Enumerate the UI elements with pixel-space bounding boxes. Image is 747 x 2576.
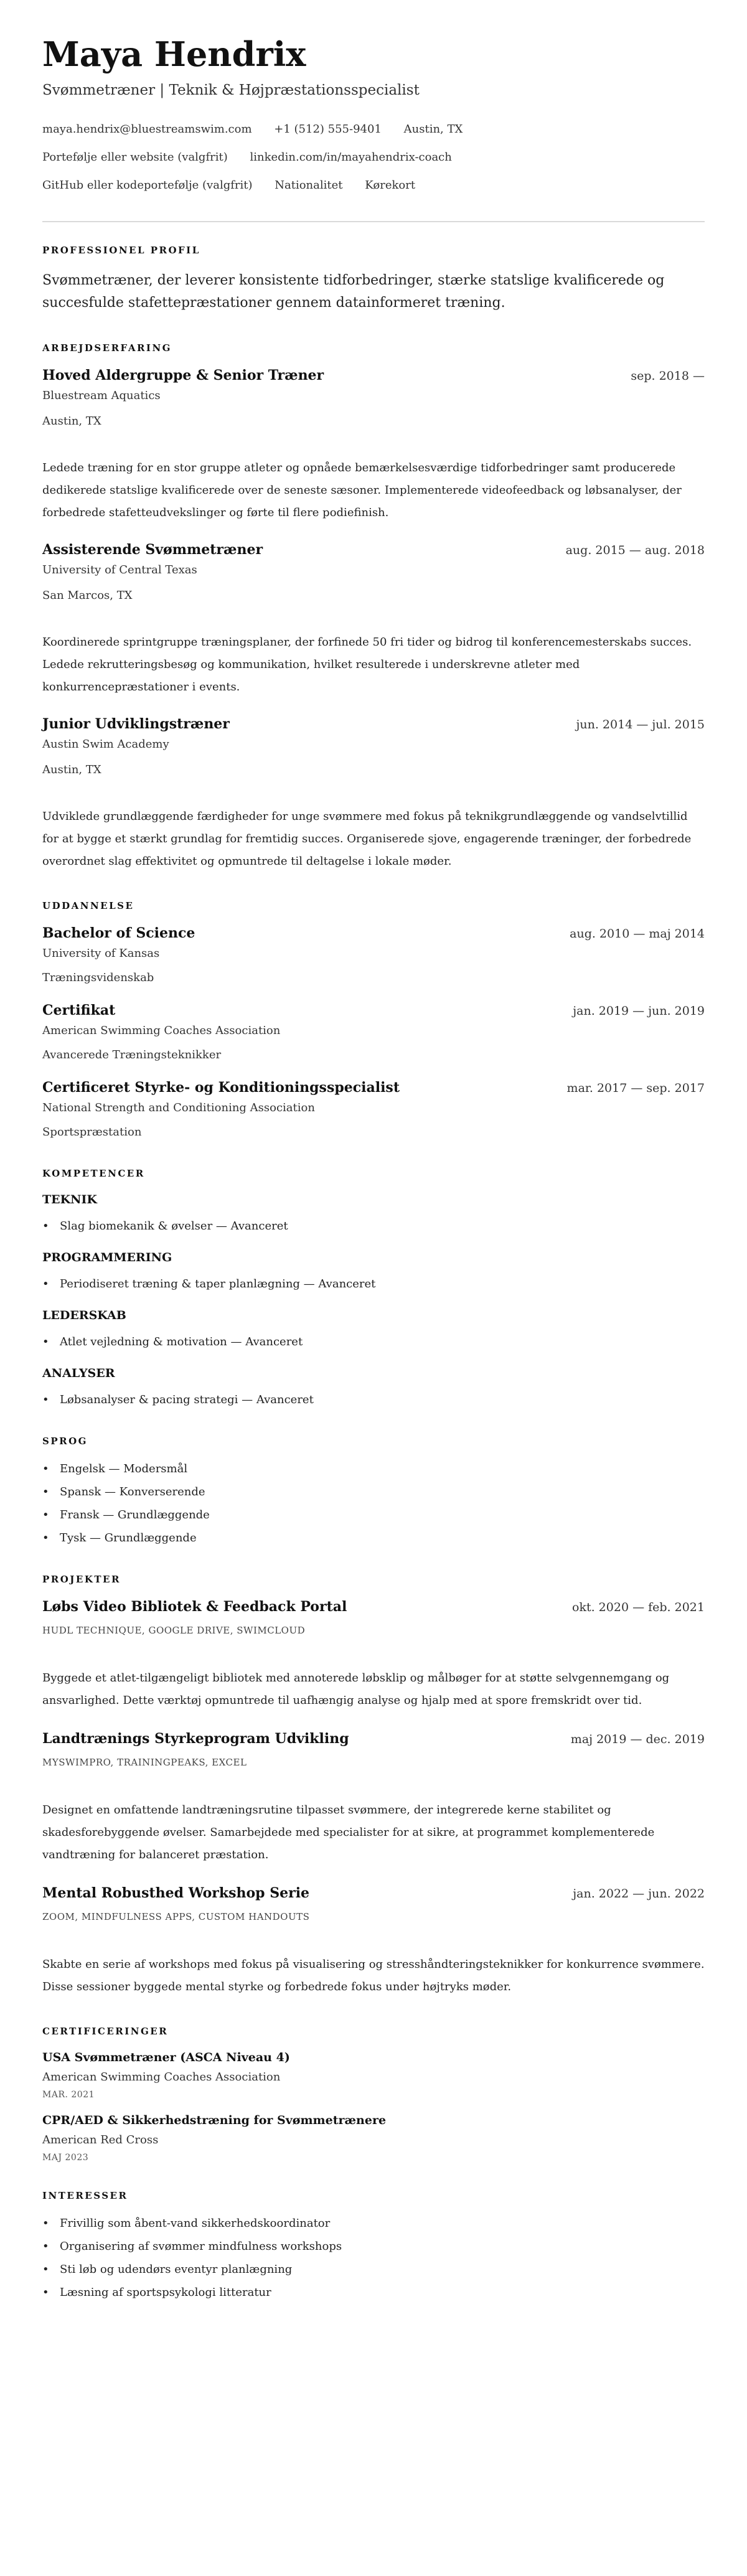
education-entry: Bachelor of Scienceaug. 2010 — maj 2014U… [42, 925, 705, 986]
experience-entry: Assisterende Svømmetræneraug. 2015 — aug… [42, 542, 705, 698]
job-location: Austin, TX [42, 413, 705, 430]
certifications-section: Certificeringer USA Svømmetræner (ASCA N… [42, 2026, 705, 2163]
experience-entry: Junior Udviklingstrænerjun. 2014 — jul. … [42, 716, 705, 873]
entry-header: Certifikatjan. 2019 — jun. 2019 [42, 1002, 705, 1018]
project-entry: Landtrænings Styrkeprogram Udviklingmaj … [42, 1731, 705, 1866]
skill-item: Slag biomekanik & øvelser — Avanceret [42, 1218, 705, 1234]
skill-group: ANALYSERLøbsanalyser & pacing strategi —… [42, 1366, 705, 1408]
experience-section: Arbejdserfaring Hoved Aldergruppe & Seni… [42, 342, 705, 873]
skill-item: Periodiseret træning & taper planlægning… [42, 1276, 705, 1292]
project-dates: jan. 2022 — jun. 2022 [573, 1887, 705, 1901]
skill-category: ANALYSER [42, 1366, 705, 1380]
section-title: Arbejdserfaring [42, 342, 705, 354]
resume-header: Maya Hendrix Svømmetræner | Teknik & Høj… [42, 35, 705, 194]
job-description: Koordinerede sprintgruppe træningsplaner… [42, 631, 705, 698]
entry-header: Mental Robusthed Workshop Seriejan. 2022… [42, 1885, 705, 1901]
entry-header: Hoved Aldergruppe & Senior Trænersep. 20… [42, 367, 705, 383]
project-tech-stack: Zoom, Mindfulness Apps, Custom Handouts [42, 1911, 705, 1922]
experience-entry: Hoved Aldergruppe & Senior Trænersep. 20… [42, 367, 705, 524]
section-title: Sprog [42, 1436, 705, 1447]
contact-drivers-license: Kørekort [365, 179, 415, 192]
contact-phone[interactable]: +1 (512) 555-9401 [274, 123, 382, 136]
section-title: Uddannelse [42, 900, 705, 911]
skill-category: PROGRAMMERING [42, 1251, 705, 1264]
institution: University of Kansas [42, 945, 705, 962]
entry-header: Bachelor of Scienceaug. 2010 — maj 2014 [42, 925, 705, 941]
job-description: Ledede træning for en stor gruppe atlete… [42, 457, 705, 524]
education-section: Uddannelse Bachelor of Scienceaug. 2010 … [42, 900, 705, 1140]
skill-group: LEDERSKABAtlet vejledning & motivation —… [42, 1309, 705, 1350]
header-divider [42, 221, 705, 222]
section-title: Kompetencer [42, 1168, 705, 1179]
job-title: Junior Udviklingstræner [42, 716, 230, 732]
employer: Austin Swim Academy [42, 736, 705, 753]
project-tech-stack: MySwimPro, TrainingPeaks, Excel [42, 1757, 705, 1768]
projects-section: Projekter Løbs Video Bibliotek & Feedbac… [42, 1574, 705, 1998]
project-entry: Løbs Video Bibliotek & Feedback Portalok… [42, 1599, 705, 1712]
interests-section: Interesser Frivillig som åbent-vand sikk… [42, 2190, 705, 2301]
section-title: Professionel profil [42, 245, 705, 256]
entry-header: Junior Udviklingstrænerjun. 2014 — jul. … [42, 716, 705, 732]
contact-location: Austin, TX [404, 123, 463, 136]
language-item: Spansk — Konverserende [42, 1483, 705, 1500]
job-description: Udviklede grundlæggende færdigheder for … [42, 806, 705, 873]
skill-item: Løbsanalyser & pacing strategi — Avancer… [42, 1391, 705, 1408]
education-dates: jan. 2019 — jun. 2019 [573, 1004, 705, 1018]
contact-nationality: Nationalitet [275, 179, 342, 192]
language-item: Engelsk — Modersmål [42, 1460, 705, 1477]
interest-item: Sti løb og udendørs eventyr planlægning [42, 2261, 705, 2278]
contact-github[interactable]: GitHub eller kodeportefølje (valgfrit) [42, 179, 253, 192]
language-item: Fransk — Grundlæggende [42, 1507, 705, 1523]
certification-title: USA Svømmetræner (ASCA Niveau 4) [42, 2051, 705, 2064]
certification-date: Maj 2023 [42, 2153, 705, 2163]
skill-items: Slag biomekanik & øvelser — Avanceret [42, 1218, 705, 1234]
skill-items: Løbsanalyser & pacing strategi — Avancer… [42, 1391, 705, 1408]
contact-portfolio[interactable]: Portefølje eller website (valgfrit) [42, 151, 228, 164]
education-entry: Certificeret Styrke- og Konditioningsspe… [42, 1079, 705, 1140]
entry-header: Løbs Video Bibliotek & Feedback Portalok… [42, 1599, 705, 1615]
job-dates: aug. 2015 — aug. 2018 [566, 543, 705, 557]
project-title: Mental Robusthed Workshop Serie [42, 1885, 309, 1901]
skills-section: Kompetencer TEKNIKSlag biomekanik & øvel… [42, 1168, 705, 1408]
field-of-study: Træningsvidenskab [42, 969, 705, 986]
interest-item: Organisering af svømmer mindfulness work… [42, 2238, 705, 2255]
contact-row: maya.hendrix@bluestreamswim.com +1 (512)… [42, 121, 705, 138]
job-location: San Marcos, TX [42, 587, 705, 604]
job-title: Hoved Aldergruppe & Senior Træner [42, 367, 324, 383]
education-entry: Certifikatjan. 2019 — jun. 2019American … [42, 1002, 705, 1063]
certification-entry: CPR/AED & Sikkerhedstræning for Svømmetr… [42, 2113, 705, 2163]
skills-list: TEKNIKSlag biomekanik & øvelser — Avance… [42, 1193, 705, 1408]
project-description: Byggede et atlet-tilgængeligt bibliotek … [42, 1667, 705, 1712]
institution: American Swimming Coaches Association [42, 1022, 705, 1039]
job-location: Austin, TX [42, 761, 705, 778]
projects-list: Løbs Video Bibliotek & Feedback Portalok… [42, 1599, 705, 1998]
skill-group: TEKNIKSlag biomekanik & øvelser — Avance… [42, 1193, 705, 1234]
project-dates: okt. 2020 — feb. 2021 [572, 1601, 705, 1614]
field-of-study: Avancerede Træningsteknikker [42, 1046, 705, 1063]
section-title: Projekter [42, 1574, 705, 1585]
candidate-headline: Svømmetræner | Teknik & Højpræstationssp… [42, 82, 705, 98]
candidate-name: Maya Hendrix [42, 35, 705, 73]
language-item: Tysk — Grundlæggende [42, 1530, 705, 1546]
education-list: Bachelor of Scienceaug. 2010 — maj 2014U… [42, 925, 705, 1140]
project-tech-stack: Hudl Technique, Google Drive, SwimCloud [42, 1625, 705, 1636]
employer: University of Central Texas [42, 562, 705, 578]
interest-item: Frivillig som åbent-vand sikkerhedskoord… [42, 2215, 705, 2232]
contact-email[interactable]: maya.hendrix@bluestreamswim.com [42, 123, 252, 136]
job-dates: sep. 2018 — [631, 369, 705, 383]
project-title: Løbs Video Bibliotek & Feedback Portal [42, 1599, 347, 1615]
skill-item: Atlet vejledning & motivation — Avancere… [42, 1333, 705, 1350]
project-dates: maj 2019 — dec. 2019 [571, 1732, 705, 1746]
skill-category: LEDERSKAB [42, 1309, 705, 1322]
degree-title: Certifikat [42, 1002, 115, 1018]
contact-info: maya.hendrix@bluestreamswim.com +1 (512)… [42, 121, 705, 194]
section-title: Certificeringer [42, 2026, 705, 2037]
degree-title: Certificeret Styrke- og Konditioningsspe… [42, 1079, 400, 1096]
skill-group: PROGRAMMERINGPeriodiseret træning & tape… [42, 1251, 705, 1292]
degree-title: Bachelor of Science [42, 925, 195, 941]
institution: National Strength and Conditioning Assoc… [42, 1099, 705, 1116]
certification-issuer: American Red Cross [42, 2133, 705, 2146]
field-of-study: Sportspræstation [42, 1124, 705, 1140]
project-title: Landtrænings Styrkeprogram Udvikling [42, 1731, 349, 1747]
certification-entry: USA Svømmetræner (ASCA Niveau 4)American… [42, 2051, 705, 2100]
entry-header: Landtrænings Styrkeprogram Udviklingmaj … [42, 1731, 705, 1747]
experience-list: Hoved Aldergruppe & Senior Trænersep. 20… [42, 367, 705, 873]
languages-list: Engelsk — ModersmålSpansk — Konverserend… [42, 1460, 705, 1546]
education-dates: aug. 2010 — maj 2014 [570, 927, 705, 941]
certification-date: Mar. 2021 [42, 2090, 705, 2100]
skill-items: Atlet vejledning & motivation — Avancere… [42, 1333, 705, 1350]
resume-page: Maya Hendrix Svømmetræner | Teknik & Høj… [42, 0, 705, 2366]
profile-summary: Svømmetræner, der leverer konsistente ti… [42, 270, 705, 315]
project-description: Skabte en serie af workshops med fokus p… [42, 1953, 705, 1998]
entry-header: Certificeret Styrke- og Konditioningsspe… [42, 1079, 705, 1096]
project-description: Designet en omfattende landtræningsrutin… [42, 1799, 705, 1866]
contact-row: GitHub eller kodeportefølje (valgfrit) N… [42, 177, 705, 194]
languages-section: Sprog Engelsk — ModersmålSpansk — Konver… [42, 1436, 705, 1546]
project-entry: Mental Robusthed Workshop Seriejan. 2022… [42, 1885, 705, 1998]
interests-list: Frivillig som åbent-vand sikkerhedskoord… [42, 2215, 705, 2301]
employer: Bluestream Aquatics [42, 387, 705, 404]
certification-title: CPR/AED & Sikkerhedstræning for Svømmetr… [42, 2113, 705, 2127]
education-dates: mar. 2017 — sep. 2017 [567, 1081, 705, 1095]
section-title: Interesser [42, 2190, 705, 2201]
entry-header: Assisterende Svømmetræneraug. 2015 — aug… [42, 542, 705, 558]
certification-issuer: American Swimming Coaches Association [42, 2071, 705, 2084]
skill-items: Periodiseret træning & taper planlægning… [42, 1276, 705, 1292]
contact-row: Portefølje eller website (valgfrit) link… [42, 149, 705, 166]
skill-category: TEKNIK [42, 1193, 705, 1206]
contact-linkedin[interactable]: linkedin.com/in/mayahendrix-coach [250, 151, 451, 164]
certifications-list: USA Svømmetræner (ASCA Niveau 4)American… [42, 2051, 705, 2163]
job-dates: jun. 2014 — jul. 2015 [576, 718, 705, 731]
interest-item: Læsning af sportspsykologi litteratur [42, 2284, 705, 2301]
profile-section: Professionel profil Svømmetræner, der le… [42, 245, 705, 315]
job-title: Assisterende Svømmetræner [42, 542, 263, 558]
